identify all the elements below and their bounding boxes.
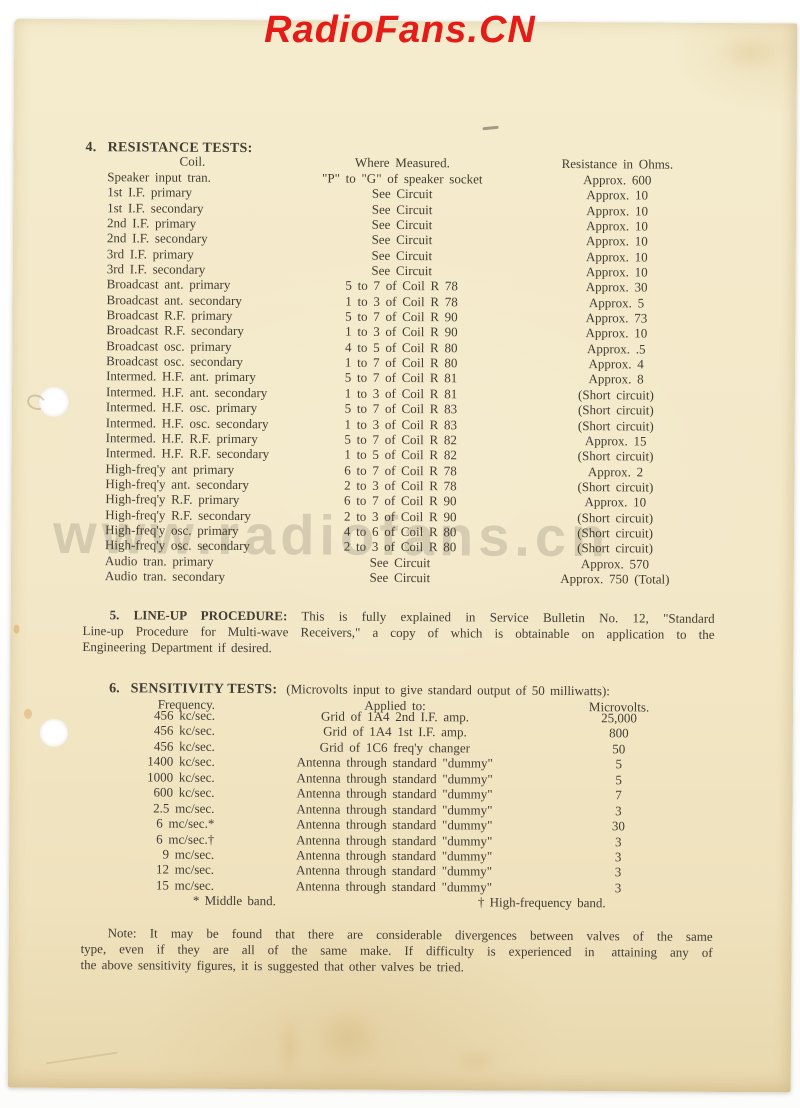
resistance-where-cell: "P" to "G" of speaker socket	[287, 170, 517, 187]
paper-stain	[313, 1005, 383, 1065]
sensitivity-frequency-cell: 456 kc/sec.	[84, 707, 215, 723]
resistance-ohms-cell: (Short circuit)	[515, 509, 715, 526]
resistance-where-cell: See Circuit	[285, 554, 515, 571]
resistance-where-cell: See Circuit	[287, 232, 517, 249]
sensitivity-frequency-cell: 6 mc/sec.†	[83, 831, 214, 847]
resistance-ohms-cell: (Short circuit)	[516, 448, 716, 465]
resistance-coil-cell: 2nd I.F. primary	[97, 215, 287, 232]
sensitivity-microvolts-cell: 7	[574, 787, 662, 803]
sensitivity-microvolts-cell: 25,000	[575, 710, 663, 726]
resistance-coil-cell: Broadcast ant. secondary	[97, 292, 287, 309]
resistance-coil-cell: Broadcast osc. secondary	[96, 353, 286, 370]
lineup-procedure-paragraph: 5. LINE-UP PROCEDURE: This is fully expl…	[82, 607, 714, 659]
resistance-ohms-cell: Approx. 15	[516, 433, 716, 450]
paper-crease	[46, 1052, 117, 1065]
resistance-header-where: Where Measured.	[287, 154, 517, 171]
resistance-ohms-cell: Approx. 10	[515, 494, 715, 511]
note-line-2a: type, even if they are all of the same m…	[81, 941, 595, 959]
resistance-coil-cell: 3rd I.F. secondary	[97, 261, 287, 278]
sensitivity-microvolts-cell: 5	[575, 756, 663, 772]
sensitivity-microvolts-cell: 30	[574, 818, 662, 834]
resistance-ohms-cell: Approx. 10	[517, 248, 717, 265]
resistance-coil-cell: High-freq'y ant. secondary	[95, 476, 285, 493]
resistance-ohms-cell: (Short circuit)	[516, 387, 716, 404]
resistance-where-cell: 4 to 6 of Coil R 80	[285, 523, 515, 540]
resistance-coil-cell: Audio tran. secondary	[95, 568, 285, 585]
resistance-where-cell: 6 to 7 of Coil R 90	[285, 493, 515, 510]
resistance-ohms-cell: (Short circuit)	[515, 479, 715, 496]
paper-stain-small	[448, 1046, 503, 1074]
sensitivity-frequency-cell: 6 mc/sec.*	[83, 815, 214, 831]
resistance-coil-cell: Intermed. H.F. R.F. primary	[96, 430, 286, 447]
sensitivity-frequency-cell: 1400 kc/sec.	[84, 753, 215, 769]
paper-stain-streak	[276, 1010, 302, 1080]
sensitivity-microvolts-cell: 800	[575, 725, 663, 741]
resistance-where-cell: 2 to 3 of Coil R 90	[285, 508, 515, 525]
section-5-heading: 5. LINE-UP PROCEDURE:	[110, 607, 288, 623]
resistance-where-cell: 5 to 7 of Coil R 83	[286, 400, 516, 417]
resistance-where-cell: 4 to 5 of Coil R 80	[286, 339, 516, 356]
resistance-ohms-cell: (Short circuit)	[515, 525, 715, 542]
resistance-coil-cell: 3rd I.F. primary	[97, 246, 287, 263]
resistance-ohms-cell: Approx. .5	[516, 340, 716, 357]
resistance-coil-cell: 2nd I.F. secondary	[97, 231, 287, 248]
sensitivity-microvolts-cell: 3	[574, 803, 662, 819]
note-paragraph: Note: It may be found that there are con…	[80, 925, 712, 977]
resistance-where-cell: 2 to 3 of Coil R 80	[285, 539, 515, 556]
sensitivity-frequency-cell: 456 kc/sec.	[84, 738, 215, 754]
resistance-coil-cell: Speaker input tran.	[97, 169, 287, 186]
sensitivity-microvolts-cell: 3	[574, 834, 662, 850]
sensitivity-microvolts-cell: 3	[574, 880, 662, 896]
resistance-where-cell: See Circuit	[285, 569, 515, 586]
resistance-coil-cell: Intermed. H.F. R.F. secondary	[96, 445, 286, 462]
section-6-number: 6.	[109, 681, 120, 696]
sensitivity-frequency-cell: 600 kc/sec.	[84, 784, 215, 800]
resistance-coil-cell: Broadcast ant. primary	[97, 277, 287, 294]
resistance-where-cell: 2 to 3 of Coil R 78	[285, 477, 515, 494]
resistance-where-cell: 1 to 3 of Coil R 90	[286, 324, 516, 341]
resistance-coil-cell: Intermed. H.F. ant. primary	[96, 369, 286, 386]
resistance-where-cell: 1 to 5 of Coil R 82	[286, 446, 516, 463]
sensitivity-frequency-cell: 12 mc/sec.	[83, 861, 214, 877]
resistance-coil-cell: 1st I.F. secondary	[97, 200, 287, 217]
resistance-ohms-cell: Approx. 10	[516, 325, 716, 342]
resistance-coil-cell: Broadcast R.F. secondary	[96, 323, 286, 340]
resistance-table: Speaker input tran. "P" to "G" of speake…	[95, 169, 718, 587]
resistance-where-cell: 1 to 7 of Coil R 80	[286, 354, 516, 371]
sensitivity-frequency-cell: 456 kc/sec.	[84, 722, 215, 738]
sensitivity-frequency-cell: 1000 kc/sec.	[84, 769, 215, 785]
ink-smudge	[483, 126, 499, 131]
resistance-coil-cell: High-freq'y ant primary	[95, 461, 285, 478]
paper-speck-edge	[14, 625, 20, 634]
resistance-coil-cell: Broadcast R.F. primary	[96, 307, 286, 324]
note-line-2b: attaining any of	[612, 944, 713, 960]
sensitivity-microvolts-cell: 5	[575, 772, 663, 788]
resistance-coil-cell: High-freq'y R.F. primary	[95, 491, 285, 508]
section-4-number: 4.	[85, 140, 96, 156]
resistance-where-cell: 5 to 7 of Coil R 78	[287, 278, 517, 295]
resistance-row: Audio tran. secondary See Circuit Approx…	[95, 568, 715, 587]
section-6-subtitle: (Microvolts input to give standard outpu…	[286, 681, 610, 698]
sensitivity-row: 15 mc/sec. Antenna through standard "dum…	[83, 877, 662, 896]
paper-sheet: www.radiofans.cn 4. RESISTANCE TESTS: Co…	[8, 19, 798, 1093]
resistance-where-cell: 5 to 7 of Coil R 90	[286, 308, 516, 325]
resistance-coil-cell: Intermed. H.F. osc. secondary	[96, 415, 286, 432]
footnote-high-frequency-band: † High-frequency band.	[478, 894, 606, 910]
resistance-ohms-cell: Approx. 10	[517, 233, 717, 250]
resistance-ohms-cell: Approx. 4	[516, 356, 716, 373]
resistance-where-cell: 1 to 3 of Coil R 81	[286, 385, 516, 402]
resistance-where-cell: See Circuit	[287, 201, 517, 218]
footnote-middle-band: * Middle band.	[193, 893, 276, 909]
resistance-header-ohms: Resistance in Ohms.	[517, 156, 717, 173]
resistance-where-cell: 5 to 7 of Coil R 81	[286, 370, 516, 387]
scanned-page: RadioFans.CN www.radiofans.cn 4. RESISTA…	[0, 0, 800, 1108]
resistance-where-cell: See Circuit	[287, 216, 517, 233]
resistance-ohms-cell: (Short circuit)	[515, 540, 715, 557]
resistance-where-cell: See Circuit	[287, 247, 517, 264]
resistance-ohms-cell: Approx. 10	[517, 202, 717, 219]
resistance-coil-cell: 1st I.F. primary	[97, 184, 287, 201]
resistance-where-cell: See Circuit	[287, 262, 517, 279]
lineup-line-1-text: This is fully explained in Service Bulle…	[301, 608, 714, 626]
resistance-ohms-cell: Approx. 73	[516, 310, 716, 327]
resistance-header-coil: Coil.	[97, 153, 287, 170]
resistance-ohms-cell: (Short circuit)	[516, 402, 716, 419]
resistance-coil-cell: High-freq'y osc. primary	[95, 522, 285, 539]
section-6-title-label: SENSITIVITY TESTS:	[131, 681, 278, 697]
resistance-ohms-cell: Approx. 10	[517, 218, 717, 235]
resistance-ohms-cell: Approx. 750 (Total)	[515, 571, 715, 588]
radiofans-logo-text: RadioFans.CN	[0, 4, 800, 56]
paper-speck	[24, 709, 32, 719]
resistance-where-cell: See Circuit	[287, 186, 517, 203]
resistance-ohms-cell: (Short circuit)	[516, 417, 716, 434]
sensitivity-frequency-cell: 9 mc/sec.	[83, 846, 214, 862]
resistance-ohms-cell: Approx. 8	[516, 371, 716, 388]
sensitivity-microvolts-cell: 3	[574, 864, 662, 880]
resistance-coil-cell: High-freq'y osc. secondary	[95, 537, 285, 554]
resistance-ohms-cell: Approx. 30	[517, 279, 717, 296]
resistance-where-cell: 6 to 7 of Coil R 78	[285, 462, 515, 479]
sensitivity-frequency-cell: 2.5 mc/sec.	[83, 800, 214, 816]
resistance-coil-cell: Broadcast osc. primary	[96, 338, 286, 355]
resistance-ohms-cell: Approx. 10	[517, 187, 717, 204]
sensitivity-microvolts-cell: 50	[575, 741, 663, 757]
resistance-coil-cell: Intermed. H.F. ant. secondary	[96, 384, 286, 401]
resistance-coil-cell: High-freq'y R.F. secondary	[95, 507, 285, 524]
sensitivity-table: 456 kc/sec. Grid of 1A4 2nd I.F. amp. 25…	[83, 707, 663, 896]
resistance-coil-cell: Audio tran. primary	[95, 553, 285, 570]
resistance-where-cell: 1 to 3 of Coil R 78	[287, 293, 517, 310]
sensitivity-microvolts-cell: 3	[574, 849, 662, 865]
resistance-ohms-cell: Approx. 5	[517, 294, 717, 311]
punch-hole-bottom	[39, 719, 69, 747]
resistance-ohms-cell: Approx. 600	[517, 172, 717, 189]
resistance-ohms-cell: Approx. 10	[517, 264, 717, 281]
resistance-where-cell: 5 to 7 of Coil R 82	[286, 431, 516, 448]
resistance-ohms-cell: Approx. 570	[515, 555, 715, 572]
resistance-coil-cell: Intermed. H.F. osc. primary	[96, 399, 286, 416]
resistance-where-cell: 1 to 3 of Coil R 83	[286, 416, 516, 433]
sensitivity-frequency-cell: 15 mc/sec.	[83, 877, 214, 893]
resistance-ohms-cell: Approx. 2	[515, 463, 715, 480]
